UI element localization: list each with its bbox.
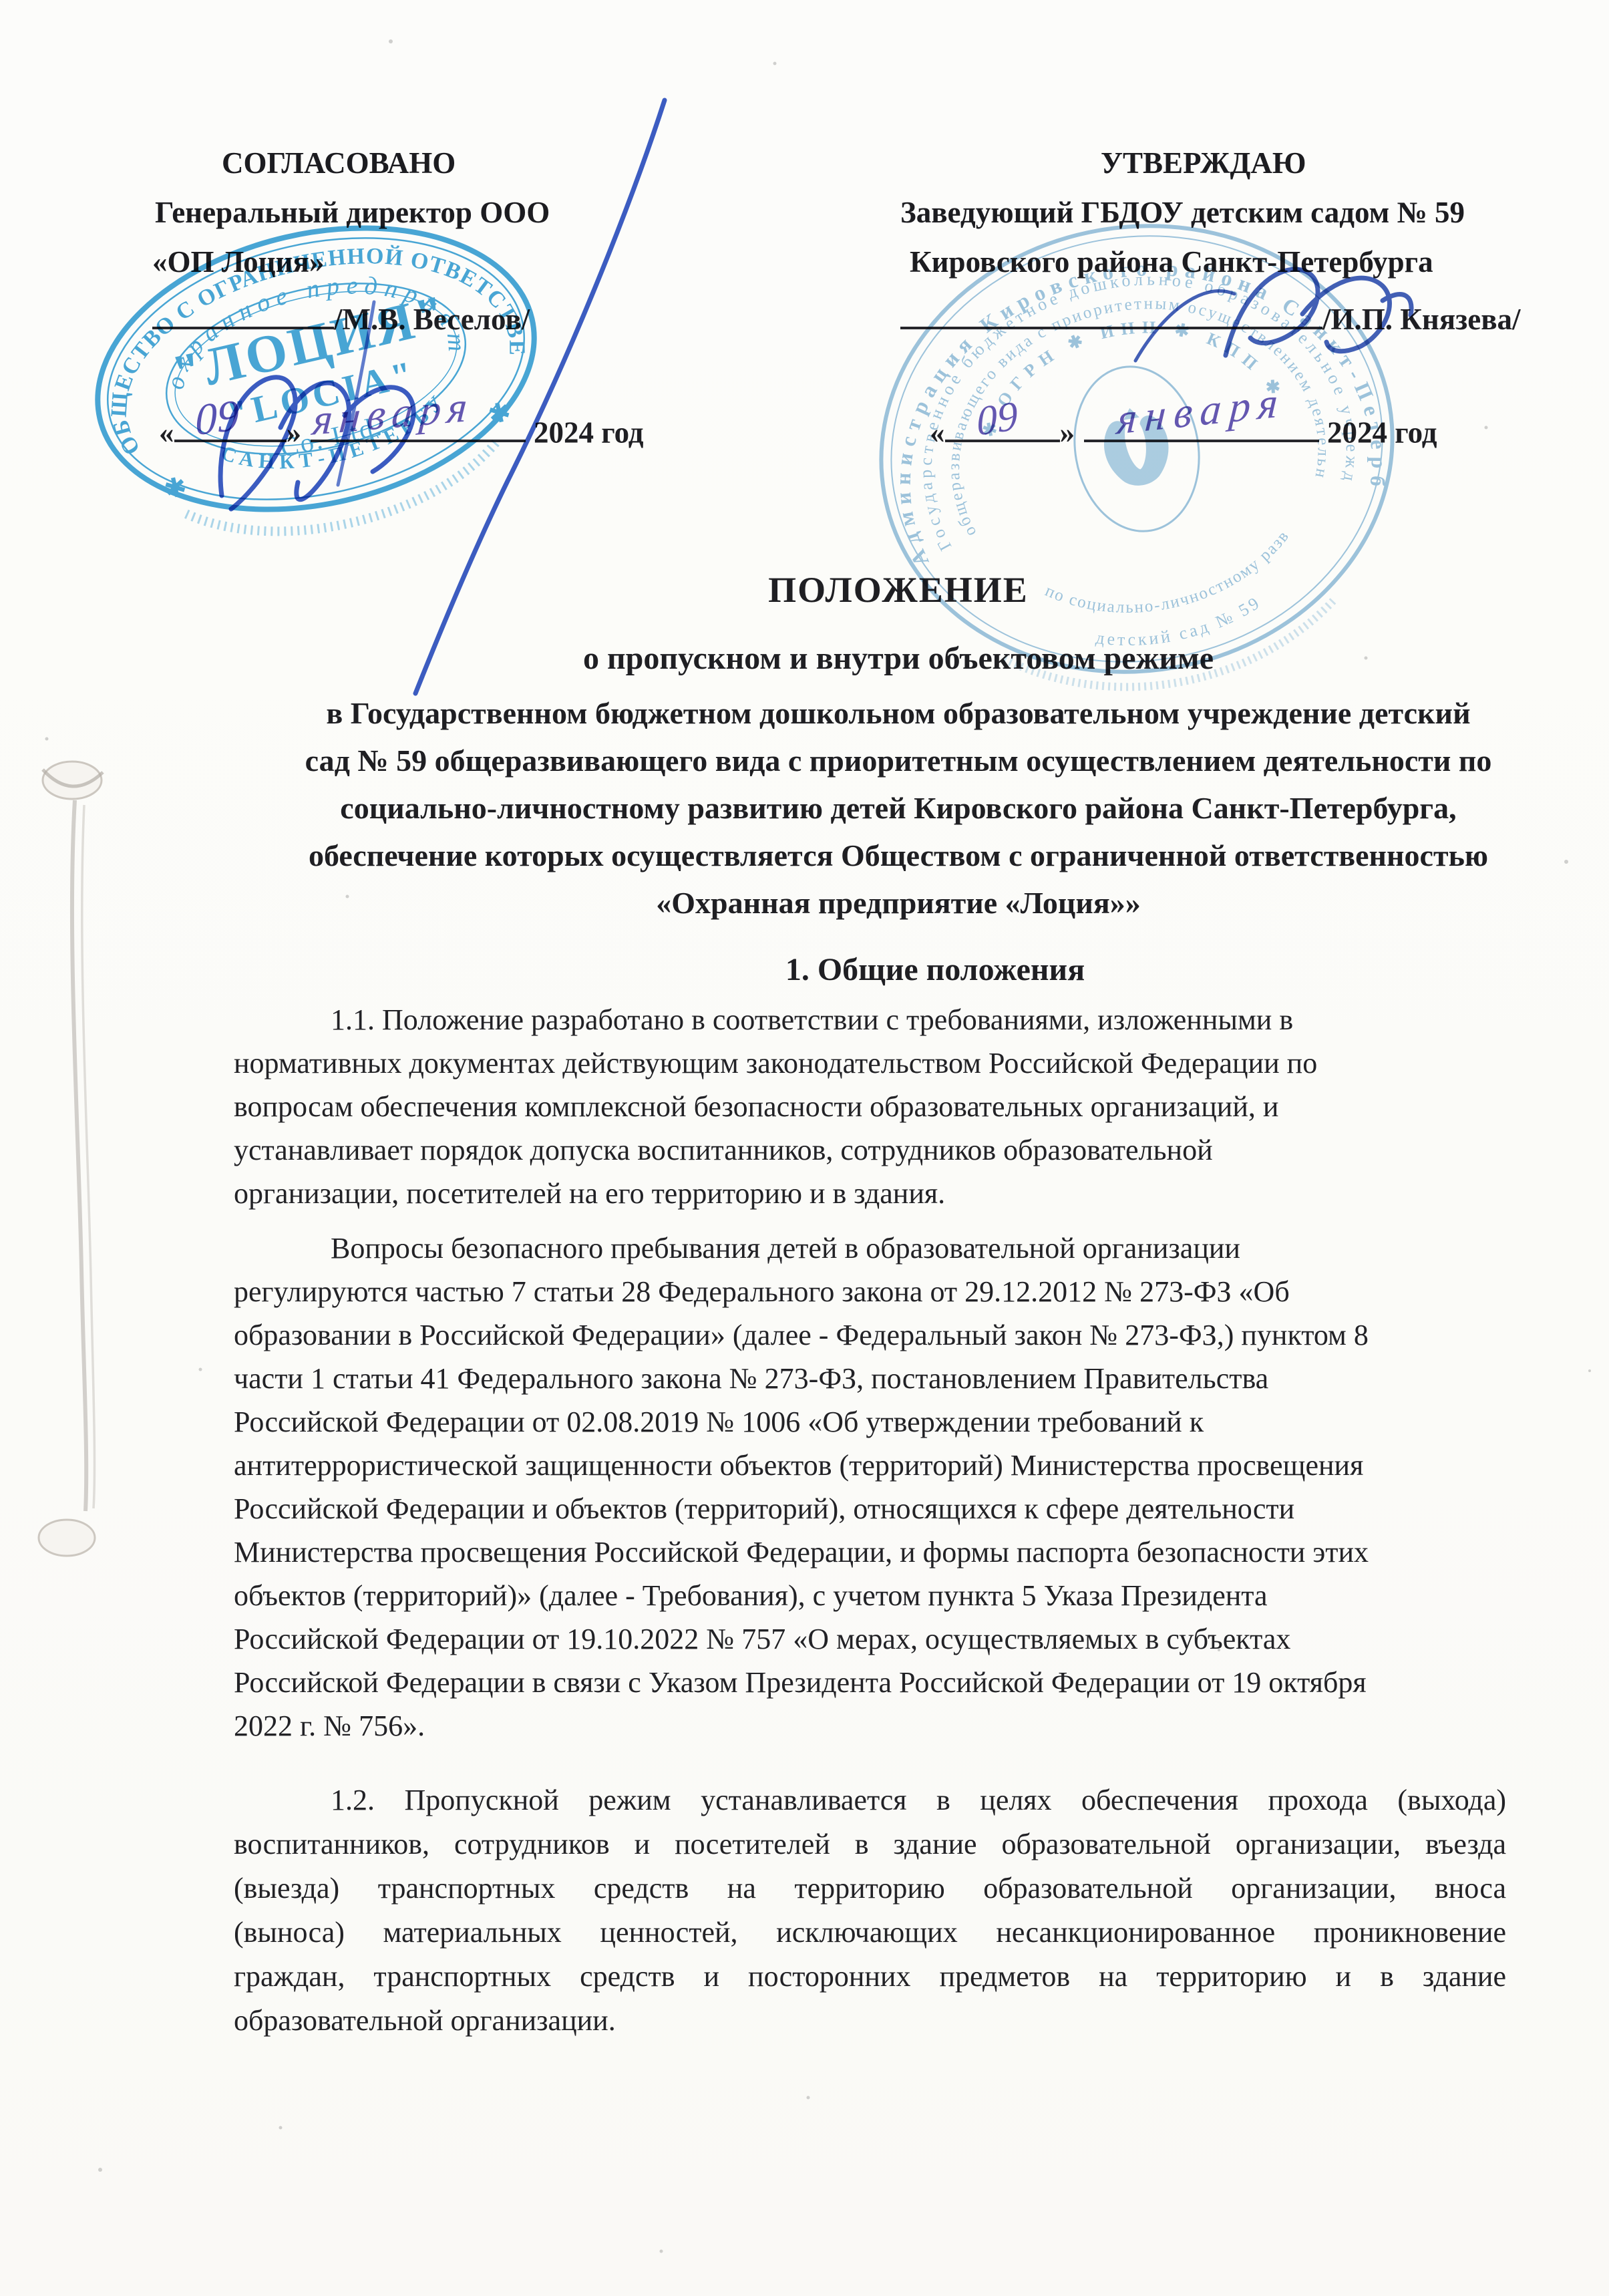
para-line: образовательной организации.: [234, 1999, 1506, 2043]
paragraph-1-1-continued: Вопросы безопасного пребывания детей в о…: [234, 1226, 1506, 1748]
para-line: (выноса) материальных ценностей, исключа…: [234, 1911, 1506, 1955]
institution-line: обеспечение которых осуществляется Общес…: [260, 832, 1536, 879]
para-line: 2022 г. № 756».: [234, 1704, 1506, 1748]
paragraph-1-1: 1.1. Положение разработано в соответстви…: [234, 998, 1506, 1215]
seal-star-left: ✱: [161, 471, 190, 505]
para-line: Российской Федерации и объектов (террито…: [234, 1487, 1506, 1530]
para-line: 1.1. Положение разработано в соответстви…: [234, 998, 1506, 1041]
para-line: воспитанников, сотрудников и посетителей…: [234, 1822, 1506, 1866]
section-1-heading: 1. Общие положения: [297, 951, 1573, 988]
para-line: граждан, транспортных средств и посторон…: [234, 1955, 1506, 1999]
para-line: образовании в Российской Федерации» (дал…: [234, 1313, 1506, 1357]
handwritten-day-left: 09: [195, 390, 240, 446]
para-line: объектов (территорий)» (далее - Требован…: [234, 1574, 1506, 1617]
kindergarten-seal: Администрация Кировского района Санкт-Пе…: [870, 215, 1404, 686]
para-line: нормативных документах действующим закон…: [234, 1041, 1506, 1085]
punch-hole-bottom: [39, 1520, 95, 1556]
para-line: Вопросы безопасного пребывания детей в о…: [234, 1226, 1506, 1270]
para-line: Российской Федерации от 19.10.2022 № 757…: [234, 1617, 1506, 1661]
binding-thread-2: [82, 805, 95, 1508]
para-line: Министерства просвещения Российской Феде…: [234, 1530, 1506, 1574]
binding-thread: [72, 800, 86, 1511]
institution-line: социально-личностному развитию детей Кир…: [260, 784, 1536, 832]
institution-title-block: в Государственном бюджетном дошкольном о…: [260, 689, 1536, 927]
company-seal-locia: ОБЩЕСТВО С ОГРАНИЧЕННОЙ ОТВЕТСТВЕННОСТЬЮ…: [85, 222, 546, 519]
para-line: Российской Федерации от 02.08.2019 № 100…: [234, 1400, 1506, 1444]
para-line: организации, посетителей на его территор…: [234, 1172, 1506, 1215]
agreed-label: СОГЛАСОВАНО: [222, 146, 456, 180]
institution-line: «Охранная предприятие «Лоция»»: [260, 879, 1536, 927]
institution-line: в Государственном бюджетном дошкольном о…: [260, 689, 1536, 737]
kindergarten-seal-artwork: Администрация Кировского района Санкт-Пе…: [846, 186, 1431, 727]
punch-hole-top: [43, 762, 102, 799]
para-line: 1.2. Пропускной режим устанавливается в …: [234, 1778, 1506, 1822]
punch-hole-top-shadow: [43, 770, 103, 786]
agreed-year: 2024 год: [534, 416, 644, 449]
paragraph-1-2: 1.2. Пропускной режим устанавливается в …: [234, 1778, 1506, 2043]
para-line: вопросам обеспечения комплексной безопас…: [234, 1085, 1506, 1128]
para-line: антитеррористической защищенности объект…: [234, 1444, 1506, 1487]
handwritten-day-right: 09: [976, 392, 1019, 446]
para-line: (выезда) транспортных средств на террито…: [234, 1866, 1506, 1911]
approved-label: УТВЕРЖДАЮ: [1101, 146, 1306, 180]
scanned-document-page: ОБЩЕСТВО С ОГРАНИЧЕННОЙ ОТВЕТСТВЕННОСТЬЮ…: [0, 0, 1609, 2296]
institution-line: сад № 59 общеразвивающего вида с приорит…: [260, 737, 1536, 784]
para-line: регулируются частью 7 статьи 28 Федераль…: [234, 1270, 1506, 1313]
para-line: устанавливает порядок допуска воспитанни…: [234, 1128, 1506, 1172]
para-line: части 1 статьи 41 Федерального закона № …: [234, 1357, 1506, 1400]
para-line: Российской Федерации в связи с Указом Пр…: [234, 1661, 1506, 1704]
company-seal-artwork: ОБЩЕСТВО С ОГРАНИЧЕННОЙ ОТВЕТСТВЕННОСТЬЮ…: [69, 187, 568, 572]
